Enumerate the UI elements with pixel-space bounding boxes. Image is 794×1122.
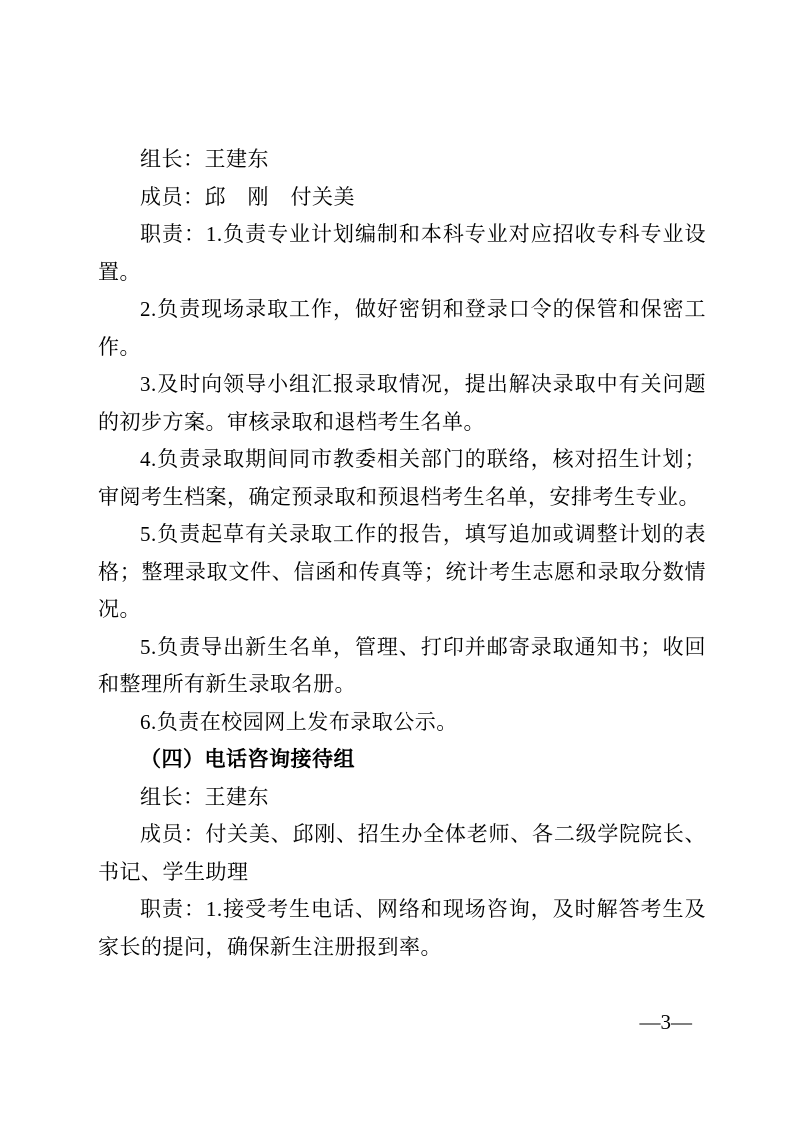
paragraph: 3.及时向领导小组汇报录取情况，提出解决录取中有关问题的初步方案。审核录取和退档… — [98, 366, 706, 441]
page-number: —3— — [640, 1010, 693, 1034]
document-page: 组长：王建东成员：邱 刚 付关美职责：1.负责专业计划编制和本科专业对应招收专科… — [0, 0, 794, 1122]
paragraph: 6.负责在校园网上发布录取公示。 — [98, 704, 706, 742]
paragraph: 组长：王建东 — [98, 779, 706, 817]
paragraph: 4.负责录取期间同市教委相关部门的联络，核对招生计划；审阅考生档案，确定预录取和… — [98, 441, 706, 516]
paragraph: 成员：付关美、邱刚、招生办全体老师、各二级学院院长、书记、学生助理 — [98, 816, 706, 891]
paragraph: 组长：王建东 — [98, 141, 706, 179]
paragraph: 2.负责现场录取工作，做好密钥和登录口令的保管和保密工作。 — [98, 291, 706, 366]
paragraph: 5.负责导出新生名单，管理、打印并邮寄录取通知书；收回和整理所有新生录取名册。 — [98, 629, 706, 704]
section-heading: （四）电话咨询接待组 — [98, 741, 706, 779]
paragraph: 5.负责起草有关录取工作的报告，填写追加或调整计划的表格；整理录取文件、信函和传… — [98, 516, 706, 629]
paragraph: 成员：邱 刚 付关美 — [98, 179, 706, 217]
paragraph: 职责：1.负责专业计划编制和本科专业对应招收专科专业设置。 — [98, 216, 706, 291]
document-body: 组长：王建东成员：邱 刚 付关美职责：1.负责专业计划编制和本科专业对应招收专科… — [98, 141, 706, 966]
paragraph: 职责：1.接受考生电话、网络和现场咨询，及时解答考生及家长的提问，确保新生注册报… — [98, 891, 706, 966]
